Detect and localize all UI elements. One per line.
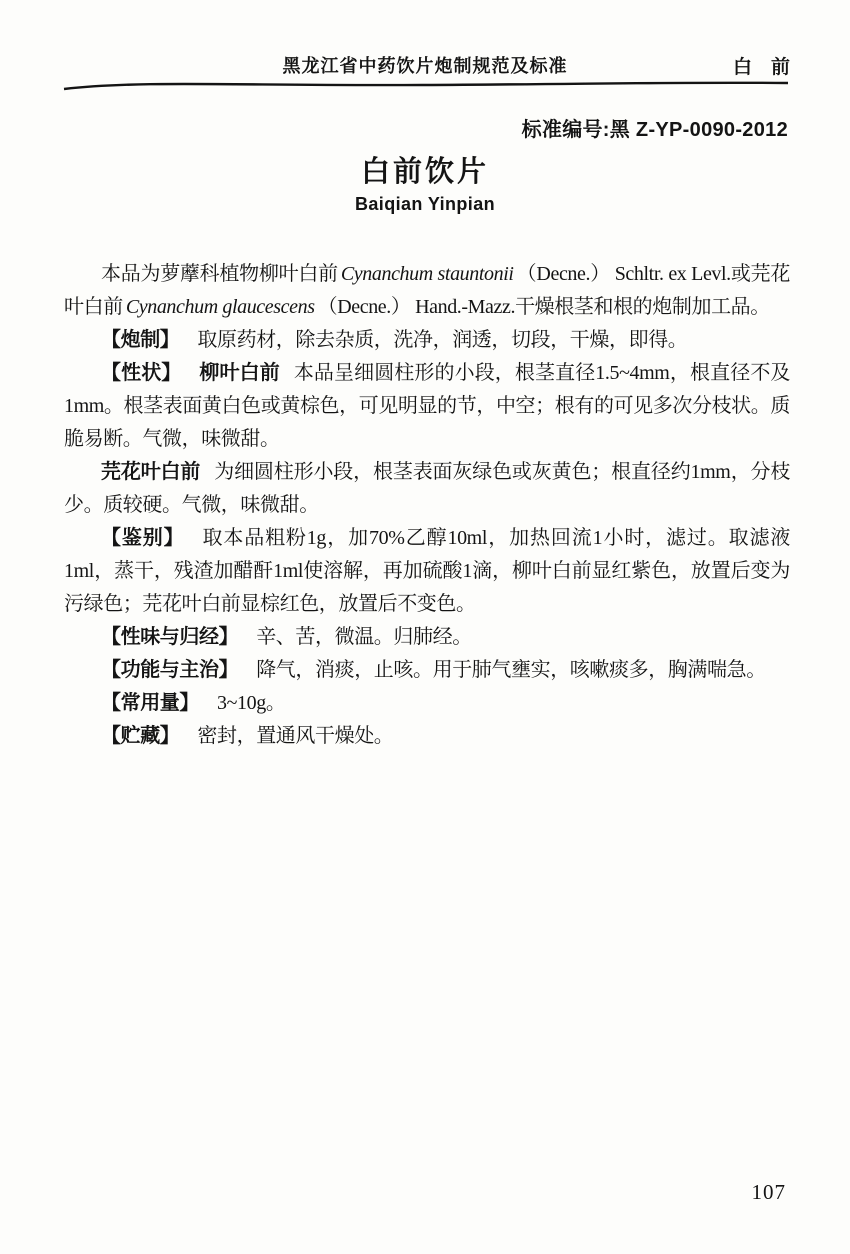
section-label: 【贮藏】	[101, 725, 179, 747]
section-yuanhuaye-baiqian: 芫花叶白前为细圆柱形小段，根茎表面灰绿色或灰黄色；根直径约1mm，分枝少。质较硬…	[64, 456, 790, 522]
section-sublabel: 芫花叶白前	[101, 461, 200, 483]
intro-seg-1: 本品为萝藦科植物柳叶白前	[101, 263, 338, 285]
document-page: 黑龙江省中药饮片炮制规范及标准 白 前 标准编号:黑 Z-YP-0090-201…	[0, 0, 850, 1254]
section-text: 3~10g。	[217, 692, 285, 714]
page-number: 107	[752, 1180, 787, 1205]
intro-seg-3: （Decne.） Hand.-Mazz.干燥根茎和根的炮制加工品。	[318, 296, 770, 318]
page-title: 白前饮片	[0, 149, 850, 190]
section-text: 密封，置通风干燥处。	[197, 725, 393, 747]
latin-name-2: Cynanchum glaucescens	[126, 296, 315, 318]
section-label: 【常用量】	[101, 692, 199, 714]
latin-name-1: Cynanchum stauntonii	[341, 263, 514, 285]
document-body: 本品为萝藦科植物柳叶白前Cynanchum stauntonii（Decne.）…	[64, 258, 790, 753]
header-title: 黑龙江省中药饮片炮制规范及标准	[0, 52, 850, 78]
section-paozhi: 【炮制】取原药材，除去杂质，洗净，润透，切段，干燥，即得。	[64, 324, 790, 357]
section-text: 辛、苦，微温。归肺经。	[256, 626, 472, 648]
section-text: 降气，消痰，止咳。用于肺气壅实，咳嗽痰多，胸满喘急。	[256, 659, 766, 681]
section-zhucang: 【贮藏】密封，置通风干燥处。	[64, 720, 790, 753]
page-subtitle: Baiqian Yinpian	[0, 194, 850, 215]
section-sublabel: 柳叶白前	[199, 362, 279, 384]
section-jianbie: 【鉴别】取本品粗粉1g，加70%乙醇10ml，加热回流1小时，滤过。取滤液1ml…	[64, 522, 790, 621]
section-xingwei-guijing: 【性味与归经】辛、苦，微温。归肺经。	[64, 621, 790, 654]
header-section-label: 白 前	[733, 52, 790, 79]
standard-number: 标准编号:黑 Z-YP-0090-2012	[522, 113, 788, 142]
section-label: 【炮制】	[101, 329, 179, 351]
section-label: 【性状】	[101, 362, 181, 384]
section-text: 取原药材，除去杂质，洗净，润透，切段，干燥，即得。	[197, 329, 687, 351]
section-label: 【功能与主治】	[101, 659, 238, 681]
section-changyongliang: 【常用量】3~10g。	[64, 687, 790, 720]
section-label: 【性味与归经】	[101, 626, 238, 648]
intro-paragraph: 本品为萝藦科植物柳叶白前Cynanchum stauntonii（Decne.）…	[64, 258, 790, 324]
header-rule	[62, 76, 790, 92]
section-xingzhuang: 【性状】柳叶白前本品呈细圆柱形的小段，根茎直径1.5~4mm，根直径不及1mm。…	[64, 357, 790, 456]
section-gongneng-zhuzhi: 【功能与主治】降气，消痰，止咳。用于肺气壅实，咳嗽痰多，胸满喘急。	[64, 654, 790, 687]
section-label: 【鉴别】	[101, 527, 184, 549]
